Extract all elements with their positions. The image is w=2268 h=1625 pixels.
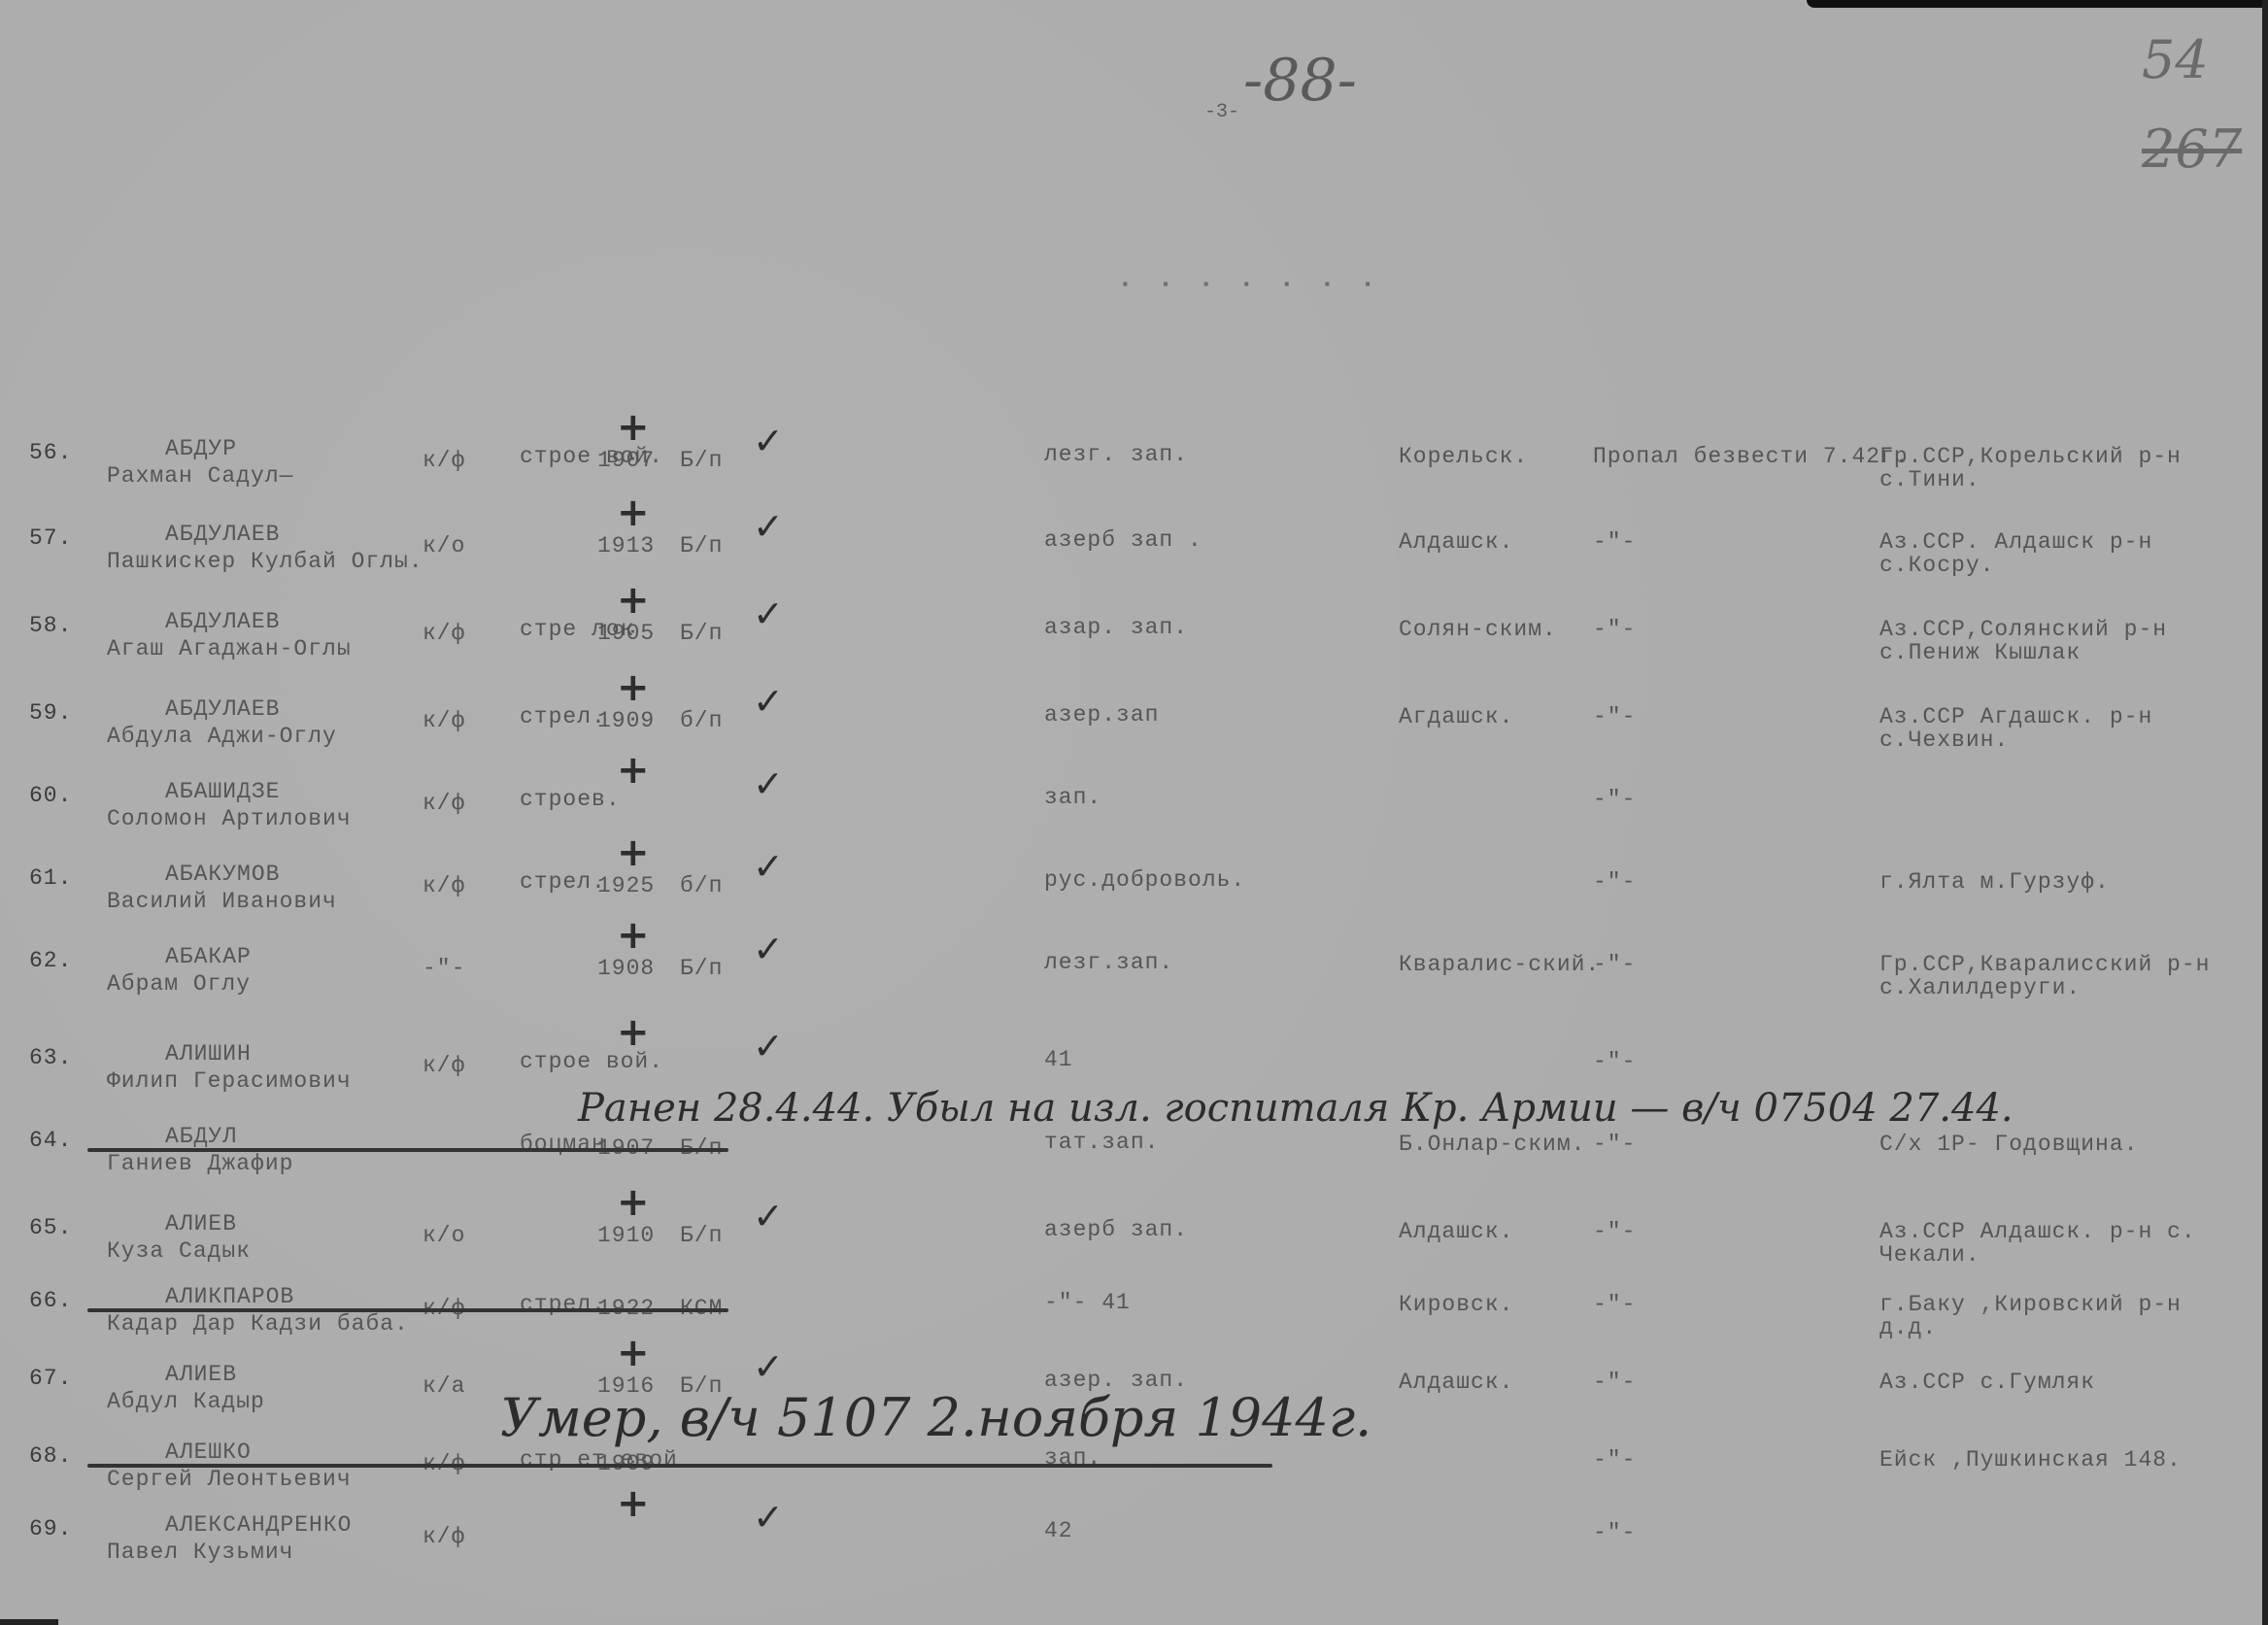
given-name: Павел Кузьмич xyxy=(107,1540,293,1564)
nationality: 42 xyxy=(1044,1519,1073,1542)
folio-number-struck: 267 xyxy=(2142,118,2242,180)
district: Солян-ским. xyxy=(1399,618,1557,641)
given-name: Куза Садык xyxy=(107,1239,251,1263)
folio-number: 54 xyxy=(2142,29,2209,90)
row-number: 69. xyxy=(29,1517,72,1540)
page-number-typed: -3- xyxy=(1204,101,1239,123)
given-name: Соломон Артилович xyxy=(107,807,352,830)
home-address: г.Баку ,Кировский р-н д.д. xyxy=(1879,1293,2229,1339)
row-number: 58. xyxy=(29,614,72,637)
birth-year: 1910 xyxy=(597,1224,655,1247)
role: стрел. xyxy=(520,870,588,894)
district: Агдашск. xyxy=(1399,705,1513,728)
rank: к/ф xyxy=(423,709,465,732)
home-address: Аз.ССР Алдашск. р-н с. Чекали. xyxy=(1879,1220,2229,1267)
role: стре лок xyxy=(520,618,588,641)
rank: к/ф xyxy=(423,622,465,645)
cross-mark-icon: + xyxy=(617,748,650,793)
status: -"- xyxy=(1593,953,1636,976)
party: б/п xyxy=(680,709,723,732)
role: стрел. xyxy=(520,705,588,728)
status: -"- xyxy=(1593,788,1636,811)
status: -"- xyxy=(1593,1050,1636,1073)
given-name: Пашкискер Кулбай Оглы. xyxy=(107,550,423,573)
rank: -"- xyxy=(423,957,465,980)
surname: АБАКАР xyxy=(165,945,252,968)
surname: АБДУЛАЕВ xyxy=(165,523,280,546)
surname: АЛИЕВ xyxy=(165,1212,237,1236)
role: строе вой. xyxy=(520,1050,588,1073)
nationality: рус.доброволь. xyxy=(1044,868,1245,892)
given-name: Абдула Аджи-Оглу xyxy=(107,725,337,748)
check-mark-icon: ✓ xyxy=(753,420,784,462)
party: Б/п xyxy=(680,622,723,645)
status: -"- xyxy=(1593,870,1636,894)
role: боцман xyxy=(520,1133,588,1156)
given-name: Рахман Садул— xyxy=(107,464,293,488)
surname: АБДУР xyxy=(165,437,237,460)
row-number: 57. xyxy=(29,526,72,550)
surname: АЛЕШКО xyxy=(165,1440,252,1464)
check-mark-icon: ✓ xyxy=(753,1195,784,1237)
row-number: 56. xyxy=(29,441,72,464)
strikethrough-line xyxy=(87,1464,1272,1468)
district: Алдашск. xyxy=(1399,530,1513,554)
nationality: лезг.зап. xyxy=(1044,951,1173,974)
home-address: Ейск ,Пушкинская 148. xyxy=(1879,1448,2229,1472)
nationality: зап. xyxy=(1044,786,1101,809)
birth-year: 1913 xyxy=(597,534,655,558)
district: Кваралис-ский. xyxy=(1399,953,1600,976)
nationality: азерб зап. xyxy=(1044,1218,1188,1241)
home-address: Аз.ССР Агдашск. р-н с.Чехвин. xyxy=(1879,705,2229,752)
rank: к/ф xyxy=(423,1054,465,1077)
check-mark-icon: ✓ xyxy=(753,762,784,805)
check-mark-icon: ✓ xyxy=(753,680,784,723)
party: б/п xyxy=(680,874,723,897)
birth-year: 1925 xyxy=(597,874,655,897)
surname: АБДУЛАЕВ xyxy=(165,610,280,633)
surname: АЛИКПАРОВ xyxy=(165,1285,294,1308)
nationality: 41 xyxy=(1044,1048,1073,1071)
status: -"- xyxy=(1593,1220,1636,1243)
party: Б/п xyxy=(680,449,723,472)
given-name: Филип Герасимович xyxy=(107,1069,352,1093)
scan-edge-bottom xyxy=(0,1619,58,1625)
strikethrough-line xyxy=(87,1308,728,1312)
party: Б/п xyxy=(680,957,723,980)
role: строев. xyxy=(520,788,588,811)
surname: АБАШИДЗЕ xyxy=(165,780,280,803)
nationality: -"- 41 xyxy=(1044,1291,1131,1314)
status: -"- xyxy=(1593,1371,1636,1394)
surname: АБДУЛ xyxy=(165,1125,237,1148)
birth-year: 1908 xyxy=(597,957,655,980)
status: -"- xyxy=(1593,618,1636,641)
role: стрел. xyxy=(520,1293,588,1316)
row-number: 65. xyxy=(29,1216,72,1239)
check-mark-icon: ✓ xyxy=(753,845,784,888)
given-name: Ганиев Джафир xyxy=(107,1152,293,1175)
strikethrough-line xyxy=(87,1148,728,1152)
surname: АБАКУМОВ xyxy=(165,863,280,886)
check-mark-icon: ✓ xyxy=(753,928,784,970)
nationality: азер.зап xyxy=(1044,703,1159,727)
given-name: Сергей Леонтьевич xyxy=(107,1468,352,1491)
home-address: Аз.ССР,Солянский р-н с.Пениж Кышлак xyxy=(1879,618,2229,664)
role: стр ет евой xyxy=(520,1448,588,1472)
surname: АЛИЕВ xyxy=(165,1363,237,1386)
cross-mark-icon: + xyxy=(617,578,650,623)
nationality: азерб зап . xyxy=(1044,528,1202,552)
surname: АЛЕКСАНДРЕНКО xyxy=(165,1513,352,1537)
cross-mark-icon: + xyxy=(617,830,650,875)
birth-year: 1907 xyxy=(597,449,655,472)
status: -"- xyxy=(1593,1521,1636,1544)
home-address: Аз.ССР с.Гумляк xyxy=(1879,1371,2229,1394)
row-number: 67. xyxy=(29,1367,72,1390)
district: Алдашск. xyxy=(1399,1371,1513,1394)
given-name: Василий Иванович xyxy=(107,890,337,913)
cross-mark-icon: + xyxy=(617,491,650,535)
header-stamp: · · · · · · · xyxy=(1117,270,1379,300)
handwritten-note-row63: Ранен 28.4.44. Убыл на изл. госпиталя Кр… xyxy=(578,1086,2014,1131)
given-name: Агаш Агаджан-Оглы xyxy=(107,637,352,660)
district: Корельск. xyxy=(1399,445,1528,468)
cross-mark-icon: + xyxy=(617,1331,650,1375)
cross-mark-icon: + xyxy=(617,1180,650,1225)
party: Б/п xyxy=(680,534,723,558)
given-name: Абрам Оглу xyxy=(107,972,251,996)
given-name: Кадар Дар Кадзи баба. xyxy=(107,1312,409,1336)
scan-edge-right xyxy=(2262,0,2268,1625)
row-number: 61. xyxy=(29,866,72,890)
birth-year: 1905 xyxy=(597,622,655,645)
check-mark-icon: ✓ xyxy=(753,592,784,635)
cross-mark-icon: + xyxy=(617,913,650,958)
torn-edge xyxy=(1807,0,2268,8)
given-name: Абдул Кадыр xyxy=(107,1390,265,1413)
cross-mark-icon: + xyxy=(617,1010,650,1055)
nationality: азар. зап. xyxy=(1044,616,1188,639)
cross-mark-icon: + xyxy=(617,665,650,710)
party: Б/п xyxy=(680,1224,723,1247)
rank: к/о xyxy=(423,1224,465,1247)
rank: к/о xyxy=(423,534,465,558)
row-number: 64. xyxy=(29,1129,72,1152)
district: Кировск. xyxy=(1399,1293,1513,1316)
check-mark-icon: ✓ xyxy=(753,505,784,548)
status: -"- xyxy=(1593,1448,1636,1472)
role: строе вой. xyxy=(520,445,588,468)
home-address: г.Ялта м.Гурзуф. xyxy=(1879,870,2229,894)
district: Алдашск. xyxy=(1399,1220,1513,1243)
check-mark-icon: ✓ xyxy=(753,1496,784,1539)
rank: к/а xyxy=(423,1374,465,1398)
surname: АЛИШИН xyxy=(165,1042,252,1066)
row-number: 63. xyxy=(29,1046,72,1069)
status: -"- xyxy=(1593,1133,1636,1156)
status: -"- xyxy=(1593,1293,1636,1316)
district: Б.Онлар-ским. xyxy=(1399,1133,1585,1156)
nationality: лезг. зап. xyxy=(1044,443,1188,466)
page-number-handwritten: -88- xyxy=(1243,47,1357,115)
home-address: Гр.ССР,Корельский р-н с.Тини. xyxy=(1879,445,2229,491)
home-address: С/х 1Р- Годовщина. xyxy=(1879,1133,2229,1156)
row-number: 62. xyxy=(29,949,72,972)
check-mark-icon: ✓ xyxy=(753,1025,784,1067)
handwritten-note-row67: Умер, в/ч 5107 2.ноября 1944г. xyxy=(500,1387,1371,1448)
check-mark-icon: ✓ xyxy=(753,1345,784,1388)
rank: к/ф xyxy=(423,874,465,897)
status: Пропал безвести 7.42г. xyxy=(1593,445,1910,468)
status: -"- xyxy=(1593,530,1636,554)
row-number: 68. xyxy=(29,1444,72,1468)
status: -"- xyxy=(1593,705,1636,728)
home-address: Гр.ССР,Кваралисский р-н с.Халилдеруги. xyxy=(1879,953,2229,999)
nationality: тат.зап. xyxy=(1044,1131,1159,1154)
rank: к/ф xyxy=(423,1525,465,1548)
surname: АБДУЛАЕВ xyxy=(165,697,280,721)
row-number: 66. xyxy=(29,1289,72,1312)
home-address: Аз.ССР. Алдашск р-н с.Косру. xyxy=(1879,530,2229,577)
row-number: 59. xyxy=(29,701,72,725)
cross-mark-icon: + xyxy=(617,405,650,450)
rank: к/ф xyxy=(423,449,465,472)
rank: к/ф xyxy=(423,792,465,815)
cross-mark-icon: + xyxy=(617,1481,650,1526)
birth-year: 1909 xyxy=(597,709,655,732)
row-number: 60. xyxy=(29,784,72,807)
